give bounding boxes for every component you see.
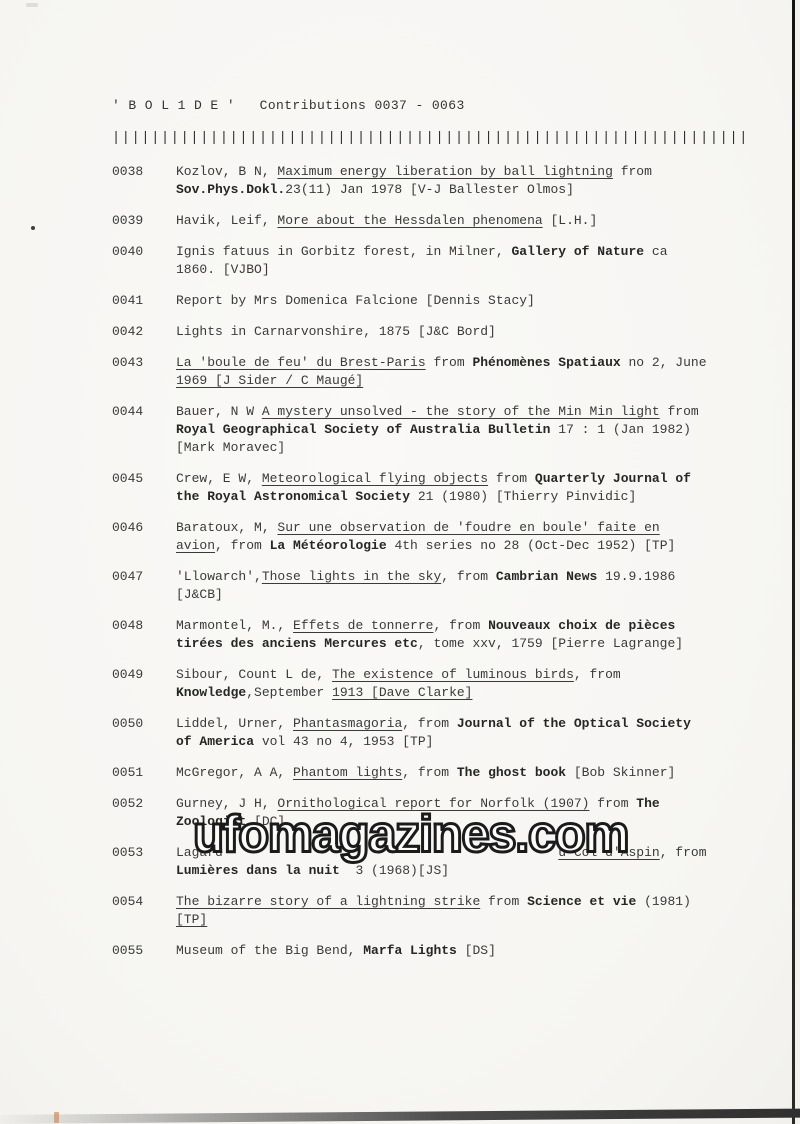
entry-segment: The ghost book [457,765,566,780]
entry-0038: 0038Kozlov, B N, Maximum energy liberati… [112,163,760,199]
entry-number: 0048 [112,617,176,653]
entry-segment: Baratoux, M, [176,520,277,535]
entry-number: 0054 [112,893,176,929]
entry-segment: from [660,404,699,419]
entry-0047: 0047'Llowarch',Those lights in the sky, … [112,568,760,604]
entry-text: Havik, Leif, More about the Hessdalen ph… [176,212,760,230]
entry-segment: Havik, Leif, [176,213,277,228]
entry-segment: A mystery unsolved - the story of the Mi… [262,404,660,419]
entry-segment: Royal Geographical Society of Australia … [176,422,550,437]
entry-segment: 1860. [VJBO] [176,262,270,277]
entry-segment: , tome xxv, 1759 [Pierre Lagrange] [418,636,683,651]
entry-text: Sibour, Count L de, The existence of lum… [176,666,760,702]
entry-number: 0053 [112,844,176,880]
entry-segment: 21 (1980) [Thierry Pinvidic] [410,489,636,504]
entry-segment: Sov.Phys.Dokl. [176,182,285,197]
entry-segment: McGregor, A A, [176,765,293,780]
watermark-text: ufomagazines.com [193,803,628,863]
entry-segment: [Bob Skinner] [566,765,675,780]
entry-segment: Phantom lights [293,765,402,780]
entry-segment: Maximum energy liberation by ball lightn… [277,164,612,179]
entry-text: 'Llowarch',Those lights in the sky, from… [176,568,760,604]
entry-segment: Science et vie [527,894,636,909]
entry-segment: , from [215,538,270,553]
scan-smudge [26,3,38,7]
entry-0041: 0041Report by Mrs Domenica Falcione [Den… [112,292,760,310]
entry-number: 0042 [112,323,176,341]
entry-number: 0051 [112,764,176,782]
entry-segment: The [636,796,659,811]
entry-segment: the Royal Astronomical Society [176,489,410,504]
entry-segment: , from [402,765,457,780]
entry-text: Kozlov, B N, Maximum energy liberation b… [176,163,760,199]
entry-segment: , from [433,618,488,633]
entry-0042: 0042Lights in Carnarvonshire, 1875 [J&C … [112,323,760,341]
entry-segment: 1969 [J Sider / C Maugé] [176,373,363,388]
entry-segment: Cambrian News [496,569,597,584]
entry-segment: La 'boule de feu' du Brest-Paris [176,355,426,370]
entry-number: 0049 [112,666,176,702]
entry-segment: More about the Hessdalen phenomena [277,213,542,228]
entry-segment: 17 : 1 (Jan 1982) [550,422,690,437]
entry-segment: La Météorologie [270,538,387,553]
entry-segment: [TP] [176,912,207,927]
entry-segment: [J&CB] [176,587,223,602]
entry-text: Lights in Carnarvonshire, 1875 [J&C Bord… [176,323,760,341]
scan-edge-halo [795,0,800,1124]
entry-segment: Museum of the Big Bend, [176,943,363,958]
entry-0039: 0039Havik, Leif, More about the Hessdale… [112,212,760,230]
entry-segment: Lumières dans la nuit [176,863,340,878]
entry-0043: 0043La 'boule de feu' du Brest-Paris fro… [112,354,760,390]
entry-text: The bizarre story of a lightning strike … [176,893,760,929]
entry-number: 0039 [112,212,176,230]
entry-number: 0038 [112,163,176,199]
scan-edge-line [792,0,795,1124]
entry-0040: 0040Ignis fatuus in Gorbitz forest, in M… [112,243,760,279]
entry-text: Report by Mrs Domenica Falcione [Dennis … [176,292,760,310]
entry-segment: 3 (1968)[JS] [355,863,449,878]
entry-segment: ca [644,244,667,259]
entry-segment: no 2, June [621,355,707,370]
entry-segment: [Mark Moravec] [176,440,285,455]
entry-segment: 23(11) Jan 1978 [V-J Ballester Olmos] [285,182,574,197]
entry-number: 0046 [112,519,176,555]
entry-segment: , from [574,667,621,682]
entry-number: 0055 [112,942,176,960]
entry-text: La 'boule de feu' du Brest-Paris from Ph… [176,354,760,390]
entry-text: Ignis fatuus in Gorbitz forest, in Milne… [176,243,760,279]
entry-segment: Crew, E W, [176,471,262,486]
entry-text: Marmontel, M., Effets de tonnerre, from … [176,617,760,653]
scan-edge-shadow [0,1108,800,1124]
entry-segment: ,September [246,685,332,700]
entry-segment: (1981) [636,894,691,909]
entry-segment: Nouveaux choix de pièces [488,618,675,633]
entry-segment: from [613,164,652,179]
entry-0044: 0044Bauer, N W A mystery unsolved - the … [112,403,760,457]
entry-segment: , from [660,845,707,860]
entry-segment: Effets de tonnerre [293,618,433,633]
entry-segment: The bizarre story of a lightning strike [176,894,480,909]
entry-text: Crew, E W, Meteorological flying objects… [176,470,760,506]
entry-segment: Those lights in the sky [262,569,441,584]
entry-segment: [DS] [457,943,496,958]
entry-segment [340,863,356,878]
entry-number: 0045 [112,470,176,506]
entry-segment: The existence of luminous birds [332,667,574,682]
entry-segment: from [488,471,535,486]
entry-segment: Marmontel, M., [176,618,293,633]
entry-0045: 0045Crew, E W, Meteorological flying obj… [112,470,760,506]
entry-segment: vol 43 no 4, 1953 [TP] [254,734,433,749]
entry-0050: 0050Liddel, Urner, Phantasmagoria, from … [112,715,760,751]
entry-segment: Quarterly Journal of [535,471,691,486]
entry-segment: of America [176,734,254,749]
entry-number: 0050 [112,715,176,751]
entry-segment: avion [176,538,215,553]
entry-segment: Sibour, Count L de, [176,667,332,682]
entry-segment: from [480,894,527,909]
entry-segment: Kozlov, B N, [176,164,277,179]
scan-orange-mark [54,1112,59,1123]
entry-0054: 0054The bizarre story of a lightning str… [112,893,760,929]
entry-segment: Meteorological flying objects [262,471,488,486]
entry-text: Baratoux, M, Sur une observation de 'fou… [176,519,760,555]
entry-segment: 1913 [Dave Clarke] [332,685,472,700]
divider-rule: ||||||||||||||||||||||||||||||||||||||||… [112,130,760,148]
entry-number: 0041 [112,292,176,310]
entry-text: McGregor, A A, Phantom lights, from The … [176,764,760,782]
entry-segment: Phénomènes Spatiaux [472,355,620,370]
entry-0046: 0046Baratoux, M, Sur une observation de … [112,519,760,555]
entry-segment: Liddel, Urner, [176,716,293,731]
scanned-page: ' B O L 1 D E ' Contributions 0037 - 006… [0,0,800,1124]
entry-number: 0047 [112,568,176,604]
entry-segment: [L.H.] [543,213,598,228]
entry-segment: Phantasmagoria [293,716,402,731]
entry-text: Liddel, Urner, Phantasmagoria, from Jour… [176,715,760,751]
entry-segment: from [426,355,473,370]
entry-0048: 0048Marmontel, M., Effets de tonnerre, f… [112,617,760,653]
entry-segment: Lights in Carnarvonshire, 1875 [J&C Bord… [176,324,496,339]
entry-0055: 0055Museum of the Big Bend, Marfa Lights… [112,942,760,960]
entry-segment: 19.9.1986 [597,569,675,584]
entry-text: Museum of the Big Bend, Marfa Lights [DS… [176,942,760,960]
ink-speck [31,226,35,230]
page-title: ' B O L 1 D E ' Contributions 0037 - 006… [112,97,760,115]
entry-segment: Sur une observation de 'foudre en boule'… [277,520,659,535]
entry-segment: tirées des anciens Mercures etc [176,636,418,651]
entry-number: 0043 [112,354,176,390]
entry-0051: 0051McGregor, A A, Phantom lights, from … [112,764,760,782]
entry-segment: 4th series no 28 (Oct-Dec 1952) [TP] [387,538,676,553]
entry-segment: Journal of the Optical Society [457,716,691,731]
entry-segment: Knowledge [176,685,246,700]
entry-segment: 'Llowarch', [176,569,262,584]
entry-segment: Ignis fatuus in Gorbitz forest, in Milne… [176,244,511,259]
entry-segment: , from [402,716,457,731]
entry-segment: Marfa Lights [363,943,457,958]
entry-segment: Report by Mrs Domenica Falcione [Dennis … [176,293,535,308]
entry-segment: , from [441,569,496,584]
entry-number: 0044 [112,403,176,457]
entry-number: 0052 [112,795,176,831]
entry-0049: 0049Sibour, Count L de, The existence of… [112,666,760,702]
entry-number: 0040 [112,243,176,279]
entry-segment: Bauer, N W [176,404,262,419]
entry-text: Bauer, N W A mystery unsolved - the stor… [176,403,760,457]
entry-segment: Gallery of Nature [511,244,644,259]
